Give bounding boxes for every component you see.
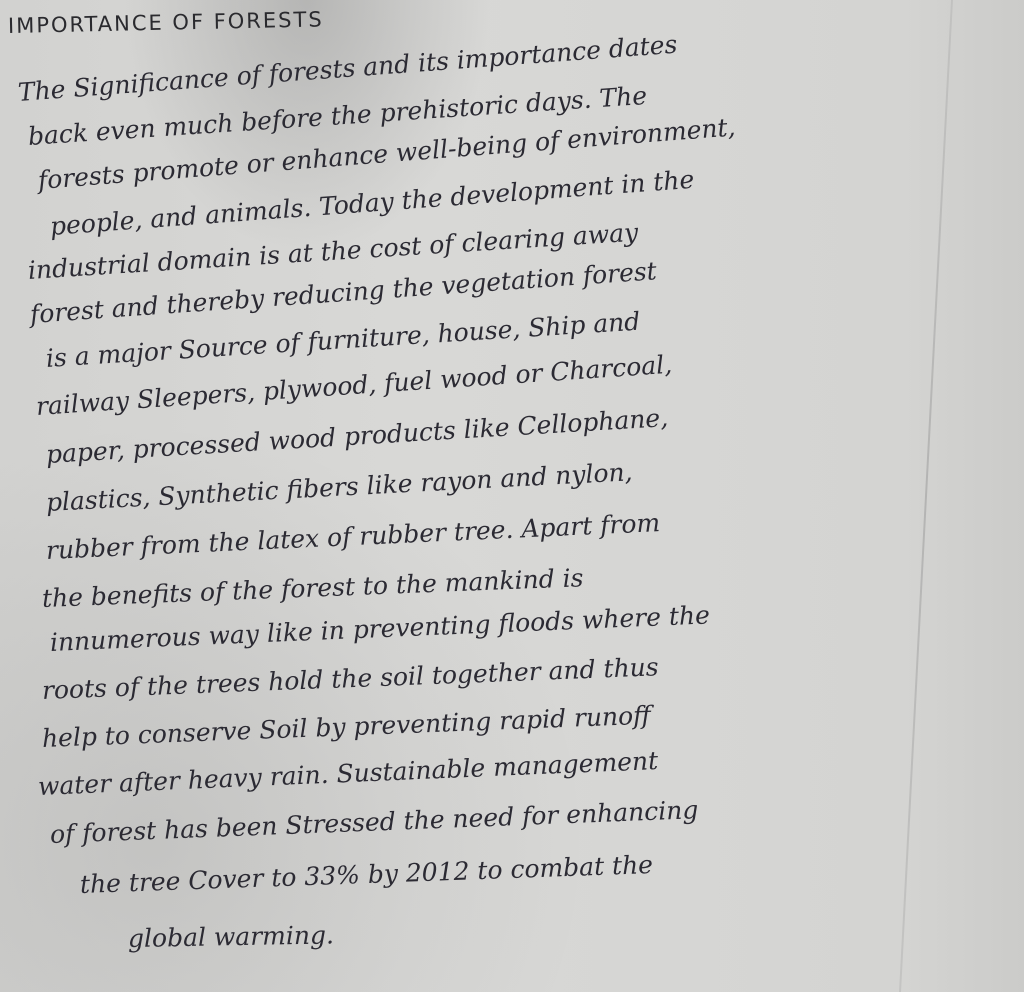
text-line: the benefits of the forest to the mankin… — [41, 563, 583, 613]
text-line: water after heavy rain. Sustainable mana… — [37, 746, 658, 801]
text-line: plastics, Synthetic fibers like rayon an… — [45, 457, 633, 517]
text-line: global warming. — [128, 920, 334, 953]
text-line: of forest has been Stressed the need for… — [49, 795, 698, 849]
text-line: help to conserve Soil by preventing rapi… — [41, 701, 651, 753]
text-line: roots of the trees hold the soil togethe… — [41, 652, 659, 705]
text-line: rubber from the latex of rubber tree. Ap… — [45, 508, 660, 565]
text-line: the tree Cover to 33% by 2012 to combat … — [79, 850, 653, 899]
handwritten-body: The Significance of forests and its impo… — [0, 0, 1024, 992]
